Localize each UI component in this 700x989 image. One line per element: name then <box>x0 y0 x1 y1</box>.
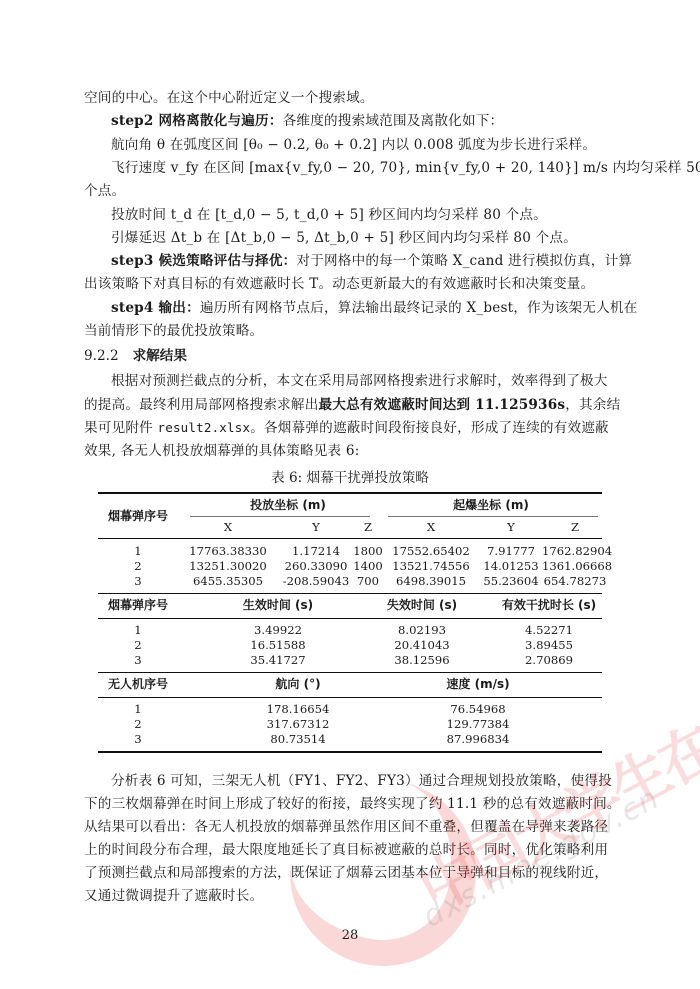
cell-end-time: 38.12596 <box>352 653 492 668</box>
cell-detonate-z: 654.78273 <box>542 574 608 589</box>
header-heading: 航向 (°) <box>228 677 368 692</box>
cell-release-y: 1.17214 <box>278 544 354 559</box>
header-end-time: 失效时间 (s) <box>352 598 492 613</box>
text-line: 航向角 θ 在弧度区间 [θ₀ − 0.2, θ₀ + 0.2] 内以 0.00… <box>111 136 596 154</box>
text-line: 当前情形下的最优投放策略。 <box>84 322 263 340</box>
subheader-z: Z <box>542 520 608 535</box>
step2-text: 各维度的搜索域范围及离散化如下： <box>283 113 504 129</box>
step3-line: step3 候选策略评估与择优：对于网格中的每一个策略 X_cand 进行模拟仿… <box>111 252 632 270</box>
cell-id: 3 <box>98 732 178 747</box>
table-rule <box>98 618 602 619</box>
subheader-x: X <box>178 520 278 535</box>
step4-line: step4 输出：遍历所有网格节点后，算法输出最终记录的 X_best，作为该架… <box>111 299 637 317</box>
cell-detonate-z: 1762.82904 <box>542 544 608 559</box>
cell-heading: 80.73514 <box>228 732 368 747</box>
header-release-coords: 投放坐标 (m) <box>188 498 388 513</box>
header-smoke-id: 烟幕弹序号 <box>98 509 178 524</box>
header-detonate-coords: 起爆坐标 (m) <box>384 498 598 513</box>
text-line: 下的三枚烟幕弹在时间上形成了较好的衔接，最终实现了约 11.1 秒的总有效遮蔽时… <box>84 795 621 813</box>
step3-label: step3 候选策略评估与择优： <box>111 253 296 269</box>
cell-end-time: 20.41043 <box>352 638 492 653</box>
cell-id: 2 <box>98 559 178 574</box>
cell-detonate-y: 7.91777 <box>476 544 546 559</box>
cell-release-x: 13251.30020 <box>178 559 278 574</box>
cell-speed: 87.996834 <box>398 732 558 747</box>
step4-label: step4 输出： <box>111 300 200 316</box>
text-line: 从结果可以看出：各无人机投放的烟幕弹虽然作用区间不重叠，但覆盖在导弹来袭路径 <box>84 818 608 836</box>
text-line: 个点。 <box>84 182 125 200</box>
header-duration: 有效干扰时长 (s) <box>484 598 614 613</box>
text-line: 引爆延迟 Δt_b 在 [Δt_b,0 − 5, Δt_b,0 + 5] 秒区间… <box>111 229 577 247</box>
cell-id: 2 <box>98 717 178 732</box>
cell-heading: 317.67312 <box>228 717 368 732</box>
table-rule <box>98 751 602 753</box>
text-line: 了预测拦截点和局部搜索的方法，既保证了烟幕云团基本位于导弹和目标的视线附近， <box>84 864 608 882</box>
cell-duration: 4.52271 <box>484 623 614 638</box>
text-span: 的提高。最终利用局部网格搜索求解出 <box>84 397 319 413</box>
cell-start-time: 16.51588 <box>208 638 348 653</box>
text-line: 果可见附件 result2.xlsx。各烟幕弹的遮蔽时间段衔接良好，形成了连续的… <box>84 419 609 437</box>
page-number: 28 <box>0 928 700 943</box>
subheader-x: X <box>382 520 480 535</box>
cell-duration: 3.89455 <box>484 638 614 653</box>
text-line: 根据对预测拦截点的分析，本文在采用局部网格搜索进行求解时，效率得到了极大 <box>111 372 608 390</box>
text-line: 投放时间 t_d 在 [t_d,0 − 5, t_d,0 + 5] 秒区间内均匀… <box>111 206 547 224</box>
cell-end-time: 8.02193 <box>352 623 492 638</box>
cell-speed: 76.54968 <box>398 702 558 717</box>
section-number: 9.2.2 <box>84 348 119 364</box>
cell-release-x: 6455.35305 <box>178 574 278 589</box>
cell-detonate-x: 6498.39015 <box>382 574 480 589</box>
result-highlight: 最大总有效遮蔽时间达到 11.125936s <box>319 397 566 413</box>
step2-label: step2 网格离散化与遍历： <box>111 113 283 129</box>
step2-line: step2 网格离散化与遍历：各维度的搜索域范围及离散化如下： <box>111 112 503 130</box>
text-span: 果可见附件 <box>84 420 158 436</box>
cell-release-y: 260.33090 <box>278 559 354 574</box>
cell-id: 1 <box>98 544 178 559</box>
text-line: 上的时间段分布合理，最大限度地延长了真目标被遮蔽的总时长。同时，优化策略利用 <box>84 841 608 859</box>
table-caption: 表 6: 烟幕干扰弹投放策略 <box>84 466 616 486</box>
cmidrule <box>190 516 370 517</box>
text-span: ，其余结 <box>565 397 620 413</box>
cell-detonate-x: 17552.65402 <box>382 544 480 559</box>
header-start-time: 生效时间 (s) <box>208 598 348 613</box>
header-uav-id: 无人机序号 <box>98 677 178 692</box>
step4-text: 遍历所有网格节点后，算法输出最终记录的 X_best，作为该架无人机在 <box>200 300 638 316</box>
cell-id: 2 <box>98 638 178 653</box>
text-line: 的提高。最终利用局部网格搜索求解出最大总有效遮蔽时间达到 11.125936s，… <box>84 396 620 414</box>
cell-id: 1 <box>98 702 178 717</box>
section-heading: 9.2.2求解结果 <box>84 344 187 364</box>
table-rule <box>98 492 602 494</box>
text-line: 飞行速度 v_fy 在区间 [max{v_fy,0 − 20, 70}, min… <box>111 159 700 177</box>
cell-id: 3 <box>98 574 178 589</box>
cell-duration: 2.70869 <box>484 653 614 668</box>
subheader-y: Y <box>278 520 354 535</box>
cell-detonate-y: 55.23604 <box>476 574 546 589</box>
table-rule <box>98 538 602 539</box>
cell-heading: 178.16654 <box>228 702 368 717</box>
header-speed: 速度 (m/s) <box>398 677 558 692</box>
cell-release-x: 17763.38330 <box>178 544 278 559</box>
cell-detonate-y: 14.01253 <box>476 559 546 574</box>
text-span: 。各烟幕弹的遮蔽时间段衔接良好，形成了连续的有效遮蔽 <box>250 420 609 436</box>
cell-detonate-z: 1361.06668 <box>542 559 608 574</box>
text-line: 效果, 各无人机投放烟幕弹的具体策略见表 6: <box>84 442 359 460</box>
cell-id: 1 <box>98 623 178 638</box>
section-title: 求解结果 <box>133 348 187 364</box>
table-rule <box>98 697 602 698</box>
cmidrule <box>388 516 598 517</box>
cell-start-time: 35.41727 <box>208 653 348 668</box>
text-line: 出该策略下对真目标的有效遮蔽时长 T。动态更新最大的有效遮蔽时长和决策变量。 <box>84 275 594 293</box>
text-line: 空间的中心。在这个中心附近定义一个搜索域。 <box>84 89 374 107</box>
text-line: 分析表 6 可知，三架无人机（FY1、FY2、FY3）通过合理规划投放策略，使得… <box>111 772 612 790</box>
table-rule <box>98 593 602 594</box>
attachment-filename: result2.xlsx <box>158 420 251 435</box>
cell-release-y: -208.59043 <box>278 574 354 589</box>
table-rule <box>98 672 602 673</box>
cell-detonate-x: 13521.74556 <box>382 559 480 574</box>
step3-text: 对于网格中的每一个策略 X_cand 进行模拟仿真，计算 <box>296 253 632 269</box>
text-line: 又通过微调提升了遮蔽时长。 <box>84 887 263 905</box>
cell-id: 3 <box>98 653 178 668</box>
cell-start-time: 3.49922 <box>208 623 348 638</box>
cell-speed: 129.77384 <box>398 717 558 732</box>
subheader-y: Y <box>476 520 546 535</box>
header-smoke-id: 烟幕弹序号 <box>98 598 178 613</box>
